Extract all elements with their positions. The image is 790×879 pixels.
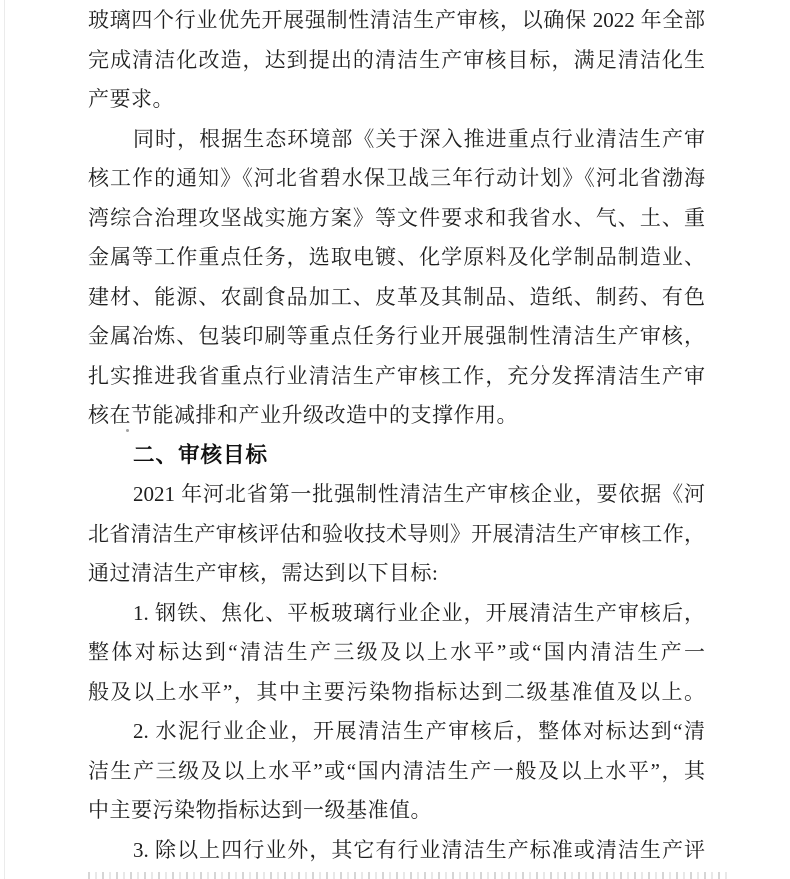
page-edge-line xyxy=(4,0,5,879)
text-line: 1. 钢铁、焦化、平板玻璃行业企业，开展清洁生产审核后， xyxy=(88,594,705,634)
text-line: 产要求。 xyxy=(88,80,705,120)
text-line: 湾综合治理攻坚战实施方案》等文件要求和我省水、气、土、重 xyxy=(88,199,705,239)
text-line: 北省清洁生产审核评估和验收技术导则》开展清洁生产审核工作， xyxy=(88,515,705,555)
text-line: 金属等工作重点任务，选取电镀、化学原料及化学制品制造业、 xyxy=(88,238,705,278)
text-line: 金属冶炼、包装印刷等重点任务行业开展强制性清洁生产审核， xyxy=(88,317,705,357)
text-line: 整体对标达到“清洁生产三级及以上水平”或“国内清洁生产一 xyxy=(88,633,705,673)
text-line: 玻璃四个行业优先开展强制性清洁生产审核，以确保 2022 年全部 xyxy=(88,1,705,41)
text-line: 3. 除以上四行业外，其它有行业清洁生产标准或清洁生产评 xyxy=(88,831,705,871)
document-page: 玻璃四个行业优先开展强制性清洁生产审核，以确保 2022 年全部完成清洁化改造，… xyxy=(0,0,790,879)
document-body: 玻璃四个行业优先开展强制性清洁生产审核，以确保 2022 年全部完成清洁化改造，… xyxy=(88,1,705,870)
scan-speck xyxy=(126,429,129,432)
text-line: 2. 水泥行业企业，开展清洁生产审核后，整体对标达到“清 xyxy=(88,712,705,752)
text-line: 同时，根据生态环境部《关于深入推进重点行业清洁生产审 xyxy=(88,120,705,160)
text-line: 中主要污染物指标达到一级基准值。 xyxy=(88,791,705,831)
clipped-next-line xyxy=(88,872,728,879)
text-line: 扎实推进我省重点行业清洁生产审核工作，充分发挥清洁生产审 xyxy=(88,357,705,397)
text-line: 般及以上水平”，其中主要污染物指标达到二级基准值及以上。 xyxy=(88,673,705,713)
text-line: 建材、能源、农副食品加工、皮革及其制品、造纸、制药、有色 xyxy=(88,278,705,318)
text-line: 完成清洁化改造，达到提出的清洁生产审核目标，满足清洁化生 xyxy=(88,41,705,81)
text-line: 核在节能减排和产业升级改造中的支撑作用。 xyxy=(88,396,705,436)
text-line: 2021 年河北省第一批强制性清洁生产审核企业，要依据《河 xyxy=(88,475,705,515)
text-line: 核工作的通知》《河北省碧水保卫战三年行动计划》《河北省渤海 xyxy=(88,159,705,199)
text-line: 通过清洁生产审核，需达到以下目标: xyxy=(88,554,705,594)
section-heading: 二、审核目标 xyxy=(88,436,705,476)
text-line: 洁生产三级及以上水平”或“国内清洁生产一般及以上水平”，其 xyxy=(88,752,705,792)
